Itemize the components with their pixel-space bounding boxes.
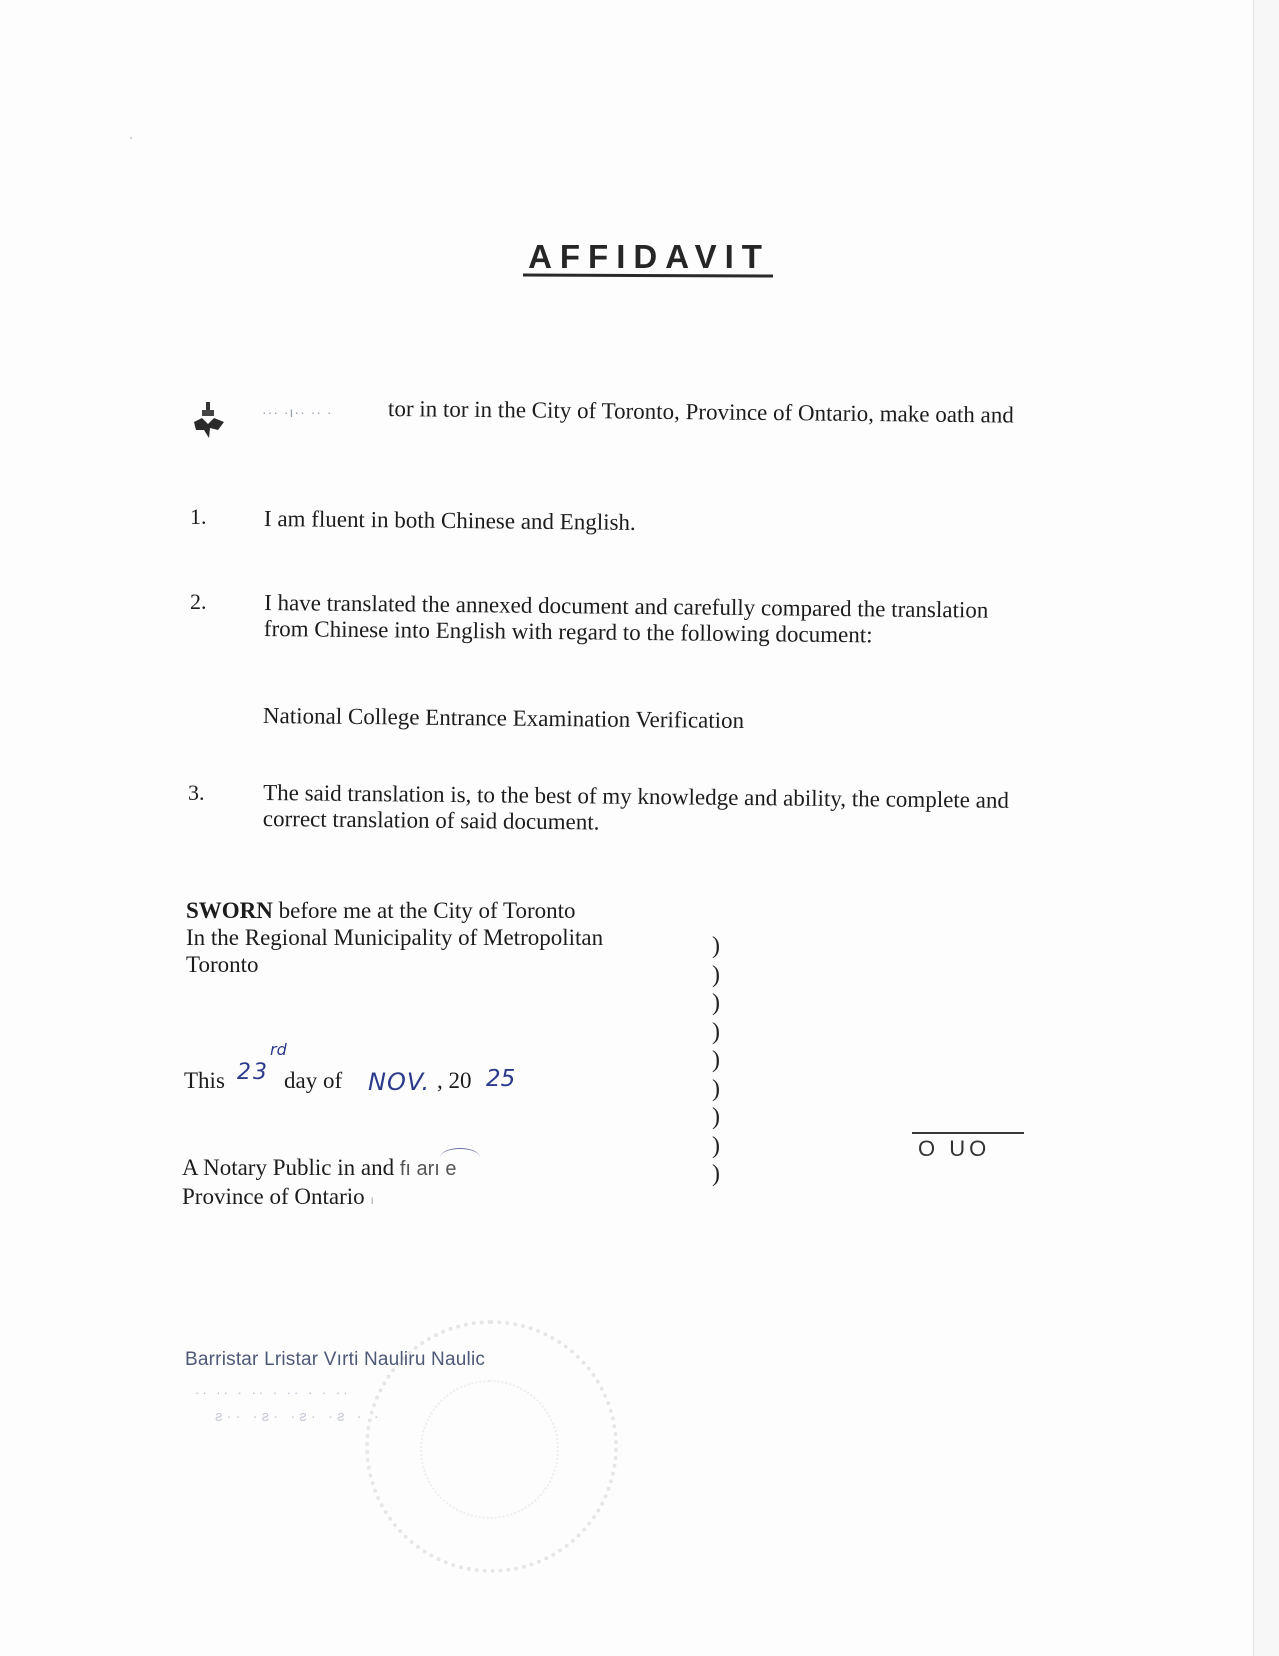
- bracket-column: ) ) ) ) ) ) ) ) ): [712, 932, 720, 1189]
- notary-line-2-smudge: ı: [370, 1193, 373, 1207]
- paragraph-3: The said translation is, to the best of …: [263, 780, 1009, 840]
- jurat-block: SWORN before me at the City of Toronto I…: [186, 897, 603, 978]
- bracket: ): [712, 1018, 720, 1047]
- handwritten-month: NOV.: [368, 1068, 430, 1096]
- jurat-line-3: Toronto: [186, 951, 603, 978]
- translated-document-name: National College Entrance Examination Ve…: [263, 703, 744, 734]
- pen-stroke: [440, 1148, 480, 1167]
- paragraph-line: I am fluent in both Chinese and English.: [264, 506, 636, 536]
- stamp-faint-line-1: ·· ·· · ·· · ·· · · ··: [195, 1385, 351, 1400]
- document-title: AFFIDAVIT: [522, 238, 776, 276]
- paragraph-number: 2.: [190, 589, 207, 615]
- bracket: ): [712, 1160, 720, 1189]
- paragraph-number: 1.: [190, 504, 207, 530]
- bracket: ): [712, 932, 720, 961]
- signature-text: O UO: [918, 1136, 990, 1162]
- bracket: ): [712, 1046, 720, 1075]
- jurat-line-2: In the Regional Municipality of Metropol…: [186, 924, 603, 951]
- bracket: ): [712, 1103, 720, 1132]
- sworn-text: before me at the City of Toronto: [273, 898, 576, 923]
- page-edge-line: [1253, 0, 1254, 1656]
- sworn-label: SWORN: [186, 898, 273, 923]
- handwritten-year: 25: [486, 1066, 515, 1092]
- notary-stamp-text: Barristar Lristar Vırti Nauliru Naulic: [185, 1349, 485, 1371]
- signature-line: [912, 1132, 1024, 1134]
- intro-text: tor in tor in the City of Toronto, Provi…: [388, 396, 1014, 429]
- paragraph-1: I am fluent in both Chinese and English.: [264, 506, 636, 536]
- paragraph-number: 3.: [188, 780, 205, 806]
- stamp-faint-line-2: ƨ·· ·ƨ· ·ƨ· ·ƨ · ·: [215, 1408, 383, 1425]
- scan-speck: [130, 137, 132, 139]
- bracket: ): [712, 989, 720, 1018]
- bracket: ): [712, 1132, 720, 1161]
- notary-line-1: A Notary Public in and: [182, 1155, 394, 1180]
- notary-block: A Notary Public in and fı arı e Province…: [182, 1154, 457, 1214]
- date-line-mid: day of: [284, 1068, 342, 1094]
- seal-stamp-icon: [192, 400, 226, 440]
- date-line-prefix: This: [184, 1068, 225, 1094]
- handwritten-day: 23: [237, 1060, 269, 1085]
- date-year-prefix: , 20: [437, 1068, 472, 1094]
- page-edge-shade: [1254, 0, 1279, 1656]
- notary-line-2: Province of Ontario: [182, 1184, 365, 1209]
- handwritten-day-suffix: rd: [270, 1040, 287, 1059]
- bracket: ): [712, 961, 720, 990]
- embossed-seal-inner: [420, 1380, 559, 1519]
- redacted-deponent-name: ··· ·ı·· ·· ·: [262, 404, 333, 420]
- bracket: ): [712, 1075, 720, 1104]
- title-underline: [523, 273, 773, 277]
- paragraph-2: I have translated the annexed document a…: [264, 590, 989, 650]
- document-page: AFFIDAVIT ··· ·ı·· ·· · tor in tor in th…: [0, 0, 1279, 1656]
